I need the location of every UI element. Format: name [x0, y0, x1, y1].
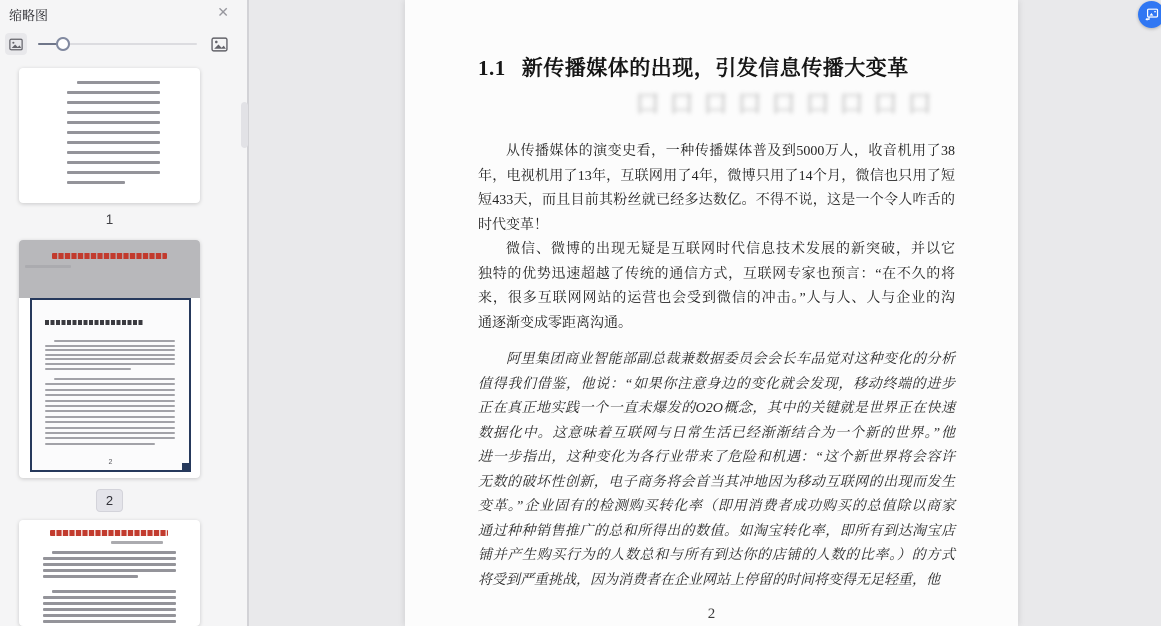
text-line: 通过种种销售推广的总和所得出的数值。如淘宝转化率，即所有到达淘宝店 [478, 520, 955, 545]
mini-page-number: 2 [32, 459, 189, 466]
screen-image-icon [1143, 6, 1160, 23]
text-line: 变革。”企业固有的检测购买转化率（即用消费者成功购买的总值除以商家 [478, 495, 955, 520]
page-number: 2 [405, 606, 1018, 623]
large-image-icon [211, 37, 228, 52]
paragraph-3: 阿里集团商业智能部副总裁兼数据委员会会长车品觉对这种变化的分析值得我们借鉴，他说… [478, 348, 955, 593]
thumbnail-page-2[interactable]: 2 [19, 240, 200, 478]
visible-area-indicator[interactable]: 2 [30, 298, 191, 472]
text-line: 时代变革！ [478, 214, 955, 239]
thumbnail-caption [25, 265, 71, 268]
text-line: 值得我们借鉴，他说：“如果你注意身边的变化就会发现，移动终端的进步 [478, 373, 955, 398]
document-view: 1.1新传播媒体的出现，引发信息传播大变革 口口口口口口口口口 从传播媒体的演变… [251, 0, 1161, 626]
thumbnail-page-1[interactable] [19, 68, 200, 203]
thumbnail-red-title [50, 530, 168, 536]
paragraph-2: 微信、微博的出现无疑是互联网时代信息技术发展的新突破，并以它独特的优势迅速超越了… [478, 238, 955, 336]
thumbnail-caption [111, 541, 163, 544]
thumbnail-text-preview [67, 81, 160, 191]
floating-action-button[interactable] [1138, 1, 1161, 28]
small-image-icon [9, 38, 23, 51]
text-line: 年，电视机用了13年，互联网用了4年，微博只用了14个月，微信也只用了短 [478, 165, 955, 190]
text-line: 铺并产生购买行为的人数总和与所有到达你的店铺的人数的比率。）的方式 [478, 544, 955, 569]
paragraph-1: 从传播媒体的演变史看，一种传播媒体普及到5000万人，收音机用了38年，电视机用… [478, 140, 955, 238]
thumbnail-page-3[interactable] [19, 520, 200, 626]
text-line: 进一步指出，这种变化为各行业带来了危险和机遇：“这个新世界将会容许 [478, 446, 955, 471]
text-line: 独特的优势迅速超越了传统的通信方式，互联网专家也预言：“在不久的将 [478, 263, 955, 288]
bleedthrough-ghost-text: 口口口口口口口口口 [635, 84, 941, 120]
text-line: 从传播媒体的演变史看，一种传播媒体普及到5000万人，收音机用了38 [478, 140, 955, 165]
thumbnail-text-preview [43, 551, 176, 581]
text-line: 正在真正地实践一个一直未爆发的O2O概念，其中的关键就是世界正在快速 [478, 397, 955, 422]
section-heading: 1.1新传播媒体的出现，引发信息传播大变革 [478, 52, 909, 82]
text-line: 无数的破坏性创新，电子商务将会首当其冲地因为移动互联网的出现而发生 [478, 471, 955, 496]
mini-paragraph-2 [45, 378, 175, 448]
section-title: 新传播媒体的出现，引发信息传播大变革 [522, 56, 909, 80]
thumbnail-text-preview [43, 590, 176, 626]
thumbnail-zoom-slider-fill [38, 43, 57, 45]
text-line: 阿里集团商业智能部副总裁兼数据委员会会长车品觉对这种变化的分析 [478, 348, 955, 373]
thumbnail-size-small-button[interactable] [5, 33, 27, 55]
thumbnail-dimmed-region [19, 240, 200, 298]
thumbnail-page-2-badge: 2 [96, 489, 123, 512]
text-line: 数据化中。这意味着互联网与日常生活已经渐渐结合为一个新的世界。”他 [478, 422, 955, 447]
viewport-resize-handle[interactable] [182, 463, 189, 470]
text-line: 通逐渐变成零距离沟通。 [478, 312, 955, 337]
text-line: 短433天，而且目前其粉丝就已经多达数亿。不得不说，这是一个令人咋舌的 [478, 189, 955, 214]
mini-paragraph-1 [45, 340, 175, 372]
text-line: 来，很多互联网网站的运营也会受到微信的冲击。”人与人、人与企业的沟 [478, 287, 955, 312]
thumbnail-zoom-slider-knob[interactable] [56, 37, 70, 51]
panel-scrollbar-thumb[interactable] [241, 102, 248, 148]
thumbnail-red-title [52, 253, 167, 259]
panel-title: 缩略图 [9, 5, 48, 24]
text-line: 将受到严重挑战，因为消费者在企业网站上停留的时间将变得无足轻重，他 [478, 569, 955, 594]
mini-section-heading [45, 320, 143, 325]
text-line: 微信、微博的出现无疑是互联网时代信息技术发展的新突破，并以它 [478, 238, 955, 263]
document-page: 1.1新传播媒体的出现，引发信息传播大变革 口口口口口口口口口 从传播媒体的演变… [405, 0, 1018, 626]
close-icon[interactable]: ✕ [217, 4, 229, 20]
thumbnail-panel: 缩略图 ✕ 1 2 2 [0, 0, 249, 626]
thumbnail-page-1-label: 1 [19, 212, 200, 227]
section-number: 1.1 [478, 56, 506, 80]
thumbnail-size-large-button[interactable] [208, 33, 230, 55]
